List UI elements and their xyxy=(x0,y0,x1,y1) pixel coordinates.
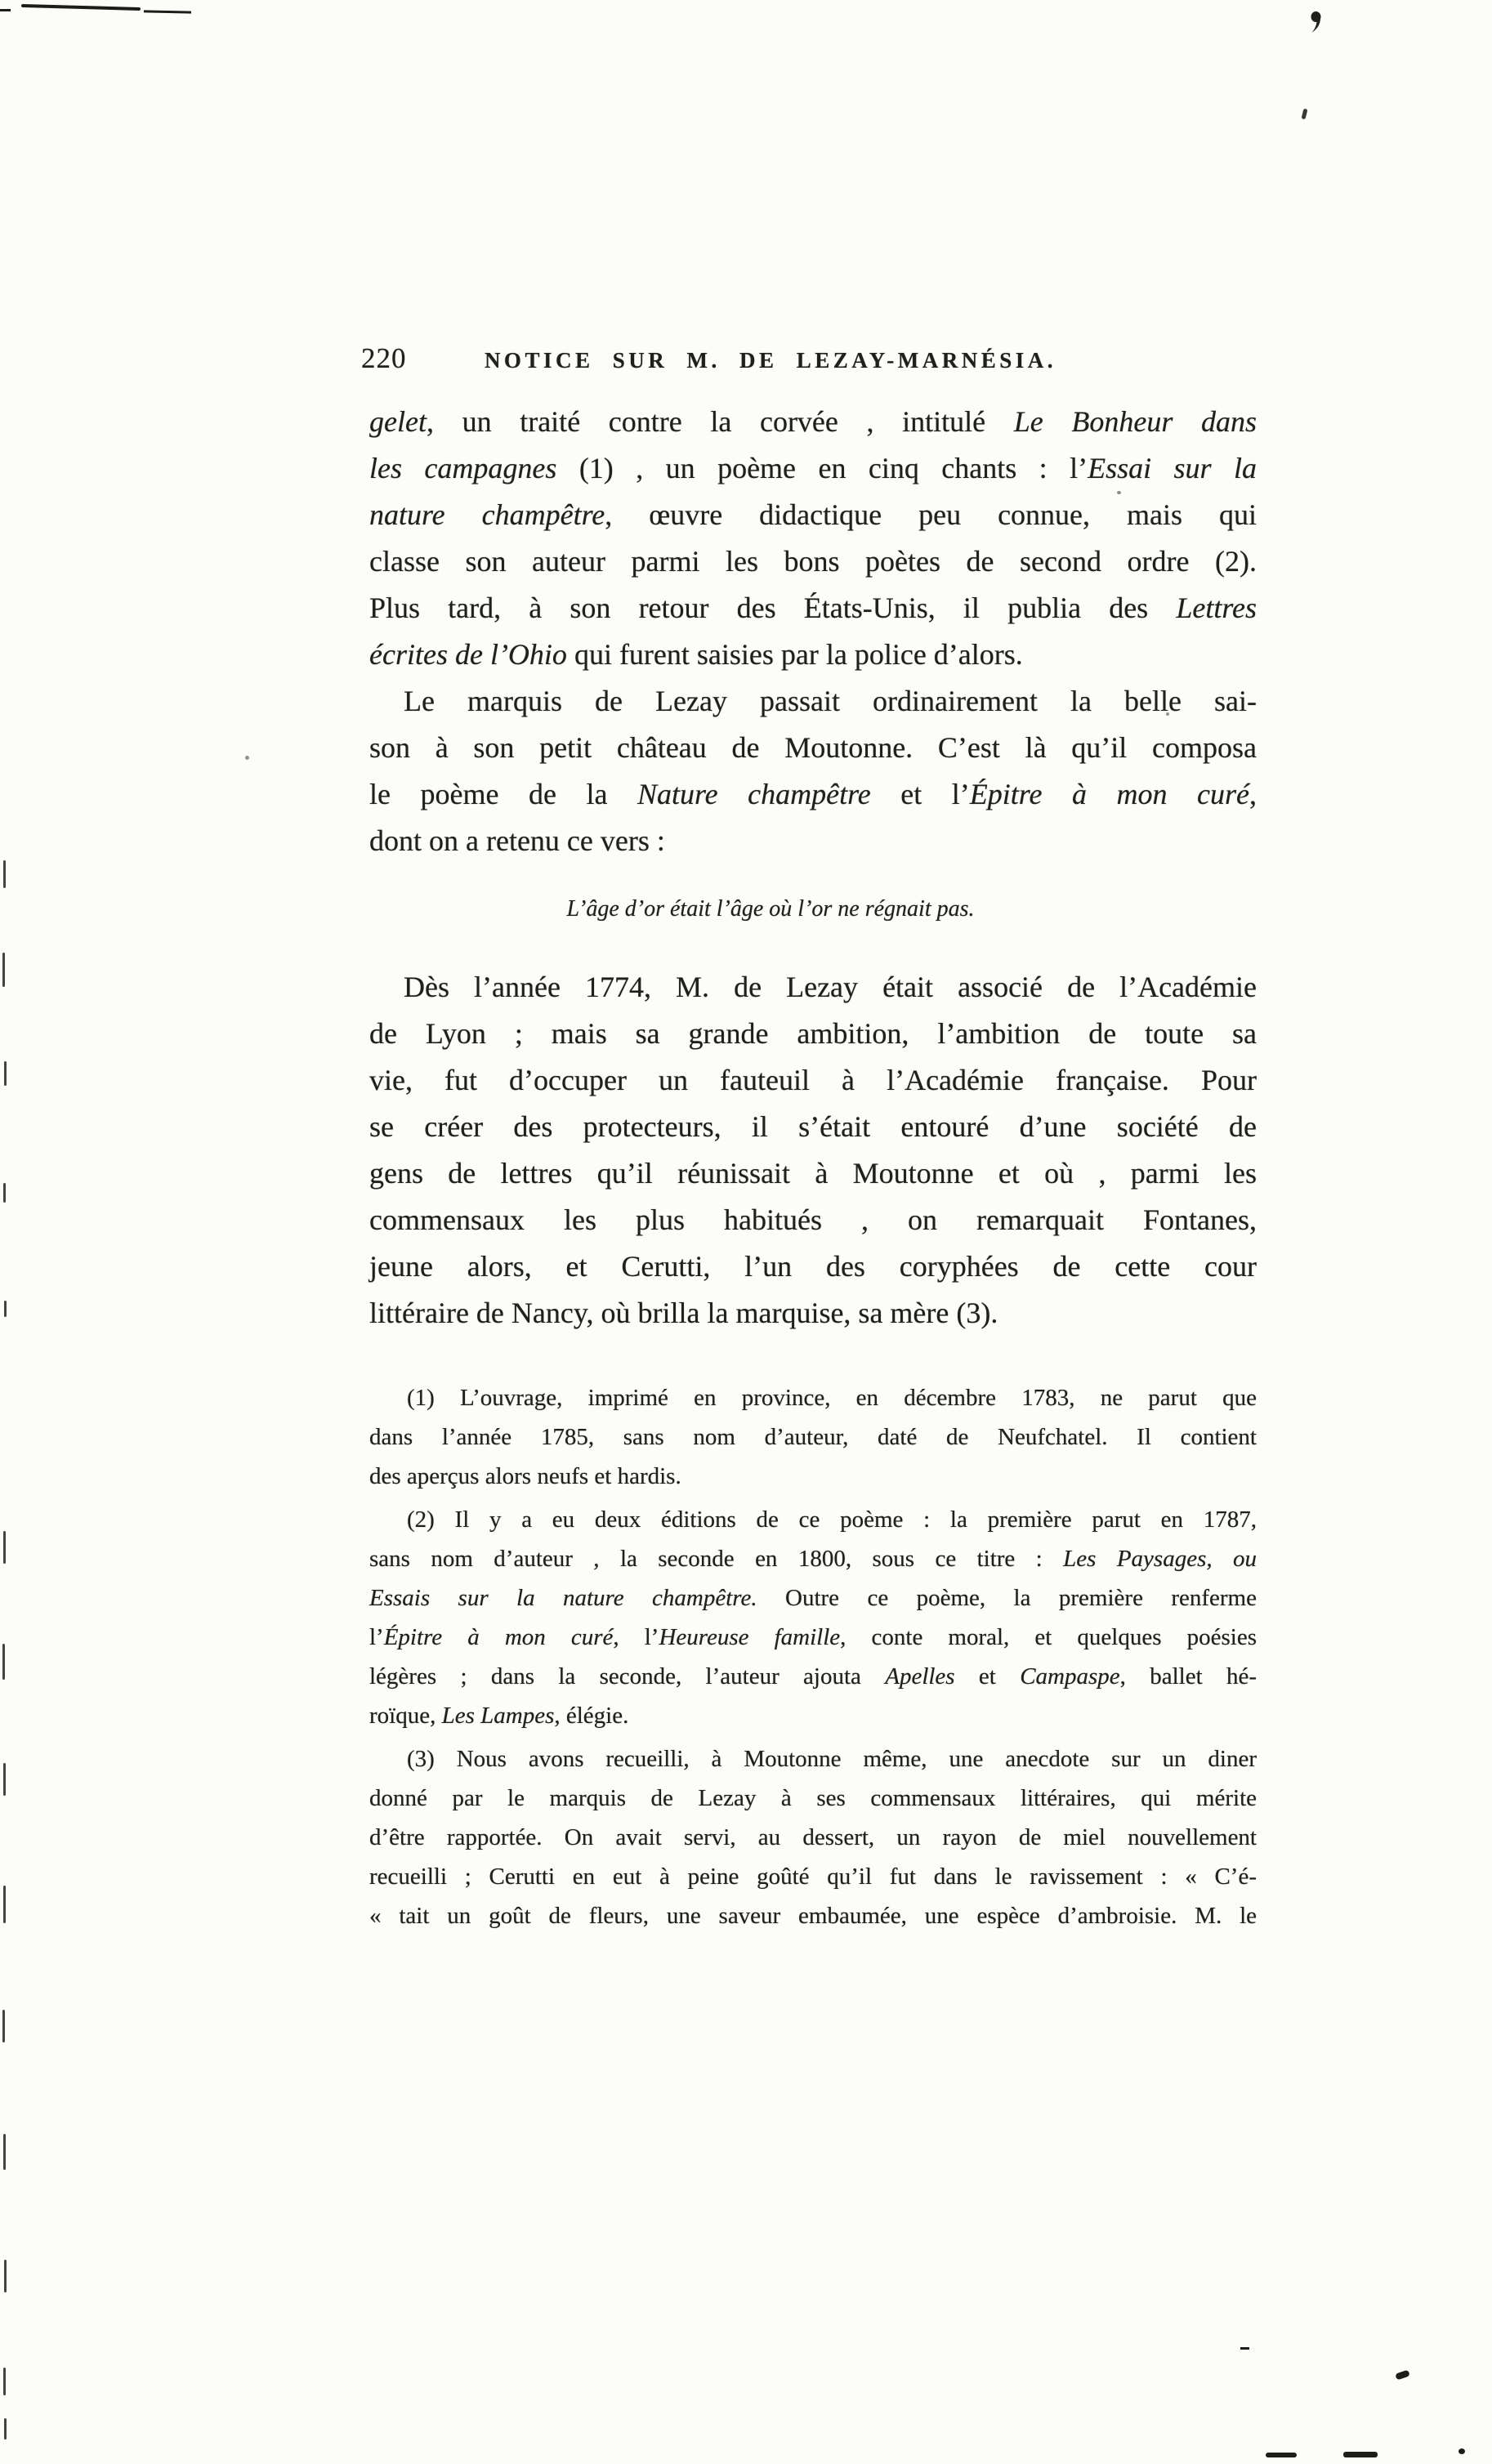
scan-artifact-margin-tick xyxy=(3,1531,6,1564)
italic-run: Épitre à mon curé xyxy=(970,778,1249,810)
text-line: se créer des protecteurs, il s’était ent… xyxy=(369,1104,1257,1150)
scan-artifact-margin-tick xyxy=(4,2260,7,2292)
footnote-2: (2) Il y a eu deux éditions de ce poème … xyxy=(369,1500,1257,1735)
italic-run: Essai sur la xyxy=(1088,452,1257,484)
scan-artifact-margin-tick xyxy=(3,1763,6,1796)
text-line: recueilli ; Cerutti en eut à peine goûté… xyxy=(369,1857,1257,1896)
footnote-1: (1) L’ouvrage, imprimé en province, en d… xyxy=(369,1378,1257,1496)
scan-artifact-topline-b xyxy=(144,10,191,13)
italic-run: Les Lampes xyxy=(442,1703,555,1729)
scan-artifact-topline-stub xyxy=(0,9,11,11)
italic-run: nature champêtre xyxy=(369,498,605,531)
body-paragraph-2: Le marquis de Lezay passait ordinairemen… xyxy=(369,678,1257,864)
body-paragraph-1: gelet, un traité contre la corvée , inti… xyxy=(369,399,1257,678)
text-line: jeune alors, et Cerutti, l’un des coryph… xyxy=(369,1243,1257,1290)
footnote-3: (3) Nous avons recueilli, à Moutonne mêm… xyxy=(369,1739,1257,1935)
text-line: gelet, un traité contre la corvée , inti… xyxy=(369,399,1257,445)
scan-artifact-margin-tick xyxy=(3,860,6,888)
text-line: son à son petit château de Moutonne. C’e… xyxy=(369,725,1257,771)
italic-run: Nature champêtre xyxy=(637,778,871,810)
text-line: (2) Il y a eu deux éditions de ce poème … xyxy=(369,1500,1257,1539)
italic-run: Les Paysages, ou xyxy=(1063,1546,1257,1572)
scan-artifact-bottom-bar-1 xyxy=(1266,2453,1297,2457)
text-line: « tait un goût de fleurs, une saveur emb… xyxy=(369,1896,1257,1935)
text-line: donné par le marquis de Lezay à ses comm… xyxy=(369,1779,1257,1818)
text-line: gens de lettres qu’il réunissait à Mouto… xyxy=(369,1150,1257,1197)
scan-artifact-bottom-dash xyxy=(1240,2347,1249,2350)
text-line: classe son auteur parmi les bons poètes … xyxy=(369,538,1257,585)
scan-artifact-apostrophe xyxy=(1302,109,1308,120)
text-line: des aperçus alors neufs et hardis. xyxy=(369,1457,1257,1496)
text-line: commensaux les plus habitués , on remarq… xyxy=(369,1197,1257,1243)
scan-artifact-topline-a xyxy=(21,4,141,11)
scan-artifact-margin-tick xyxy=(3,1183,6,1203)
text-line: Le marquis de Lezay passait ordinairemen… xyxy=(369,678,1257,725)
scan-artifact-margin-tick xyxy=(4,2418,7,2439)
text-line: littéraire de Nancy, où brilla la marqui… xyxy=(369,1290,1257,1337)
italic-run: Campaspe xyxy=(1020,1663,1119,1690)
scan-artifact-margin-tick xyxy=(3,2368,6,2395)
text-line: nature champêtre, œuvre didactique peu c… xyxy=(369,492,1257,538)
text-line: l’Épitre à mon curé, l’Heureuse famille,… xyxy=(369,1618,1257,1657)
page-header: 220 NOTICE SUR M. DE LEZAY-MARNÉSIA. xyxy=(369,342,1257,380)
text-line: Plus tard, à son retour des États-Unis, … xyxy=(369,585,1257,632)
italic-run: gelet xyxy=(369,405,427,438)
text-line: légères ; dans la seconde, l’auteur ajou… xyxy=(369,1657,1257,1696)
scan-speck xyxy=(245,756,249,760)
text-line: (1) L’ouvrage, imprimé en province, en d… xyxy=(369,1378,1257,1417)
italic-run: Apelles xyxy=(885,1663,954,1690)
text-line: les campagnes (1) , un poème en cinq cha… xyxy=(369,445,1257,492)
text-line: dont on a retenu ce vers : xyxy=(369,818,1257,864)
italic-run: les campagnes xyxy=(369,452,556,484)
italic-run: Essais sur la nature champêtre. xyxy=(369,1585,757,1611)
scan-artifact-bottom-blob xyxy=(1395,2370,1410,2381)
italic-run: Lettres xyxy=(1176,591,1257,624)
text-line: roïque, Les Lampes, élégie. xyxy=(369,1696,1257,1735)
text-line: d’être rapportée. On avait servi, au des… xyxy=(369,1818,1257,1857)
text-line: le poème de la Nature champêtre et l’Épi… xyxy=(369,771,1257,818)
text-line: dans l’année 1785, sans nom d’auteur, da… xyxy=(369,1417,1257,1457)
scan-artifact-margin-tick xyxy=(2,1644,5,1680)
scan-artifact-margin-tick xyxy=(2,2010,5,2042)
text-line: de Lyon ; mais sa grande ambition, l’amb… xyxy=(369,1011,1257,1057)
scan-artifact-bottom-bar-2 xyxy=(1343,2452,1378,2457)
italic-run: Épitre à mon curé xyxy=(384,1624,614,1650)
verse-line: L’âge d’or était l’âge où l’or ne régnai… xyxy=(369,893,1172,926)
body-paragraph-3: Dès l’année 1774, M. de Lezay était asso… xyxy=(369,964,1257,1337)
page-text: gelet, un traité contre la corvée , inti… xyxy=(369,399,1257,1935)
italic-run: écrites de l’Ohio xyxy=(369,638,567,671)
scan-artifact-margin-tick xyxy=(3,2134,6,2170)
scan-artifact-margin-tick xyxy=(4,1301,7,1317)
italic-run: Le Bonheur dans xyxy=(1014,405,1257,438)
scan-artifact-bottom-dot xyxy=(1458,2448,1465,2454)
text-line: écrites de l’Ohio qui furent saisies par… xyxy=(369,632,1257,678)
text-line: Dès l’année 1774, M. de Lezay était asso… xyxy=(369,964,1257,1011)
text-line: sans nom d’auteur , la seconde en 1800, … xyxy=(369,1539,1257,1578)
ink-spot-comma xyxy=(1311,11,1321,33)
text-line: vie, fut d’occuper un fauteuil à l’Acadé… xyxy=(369,1057,1257,1104)
scan-artifact-margin-tick xyxy=(2,953,5,987)
running-title: NOTICE SUR M. DE LEZAY-MARNÉSIA. xyxy=(369,346,1172,374)
scan-artifact-margin-tick xyxy=(4,1061,7,1086)
text-line: (3) Nous avons recueilli, à Moutonne mêm… xyxy=(369,1739,1257,1779)
book-page: 220 NOTICE SUR M. DE LEZAY-MARNÉSIA. gel… xyxy=(0,0,1492,2464)
footnotes: (1) L’ouvrage, imprimé en province, en d… xyxy=(369,1378,1257,1935)
scan-artifact-margin-tick xyxy=(3,1886,6,1923)
italic-run: Heureuse famille xyxy=(659,1624,840,1650)
text-line: Essais sur la nature champêtre. Outre ce… xyxy=(369,1578,1257,1618)
